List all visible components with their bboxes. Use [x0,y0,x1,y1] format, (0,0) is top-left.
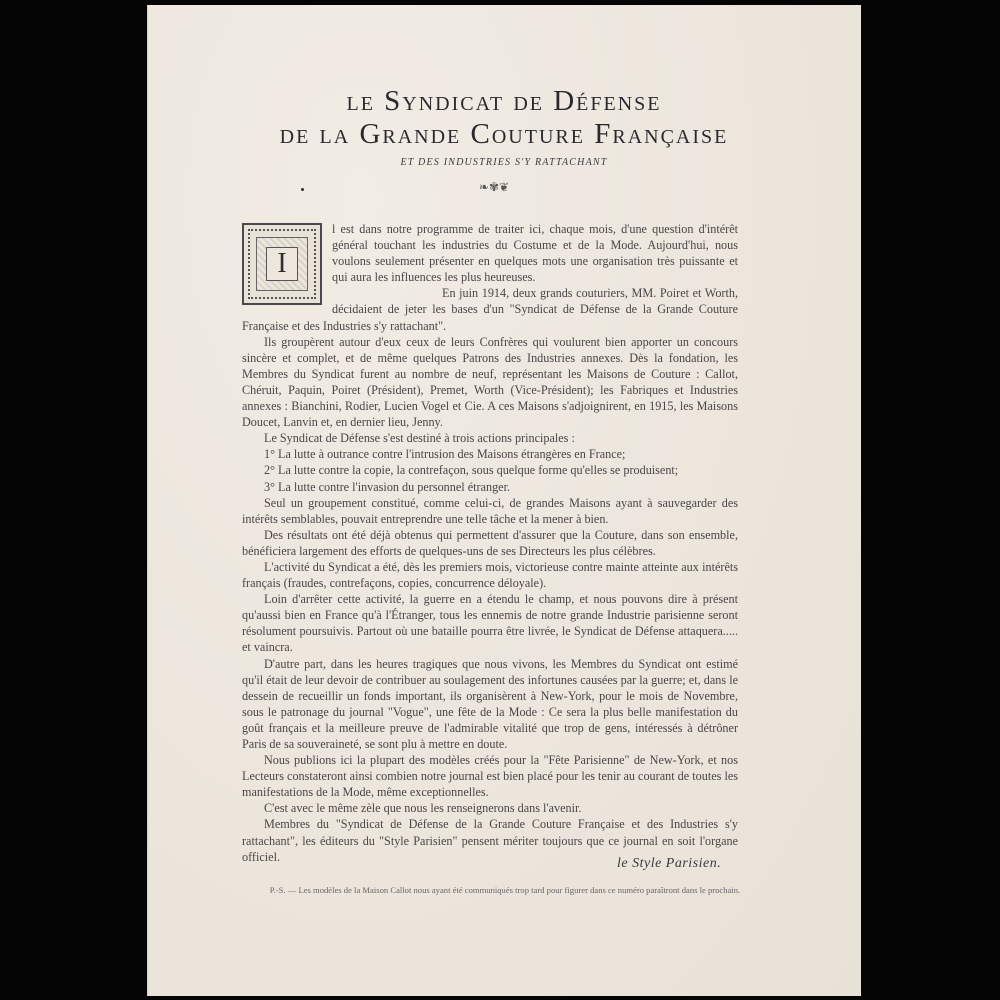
paragraph: Nous publions ici la plupart des modèles… [242,752,738,800]
dropcap-letter: I [266,247,298,281]
paragraph: D'autre part, dans les heures tragiques … [242,656,738,753]
ornamental-dropcap: I [242,223,322,305]
postscript: P.-S. — Les modèles de la Maison Callot … [257,884,753,897]
article-body: I l est dans notre programme de traiter … [242,221,738,865]
list-item: 2° La lutte contre la copie, la contrefa… [242,462,738,478]
paragraph: Ils groupèrent autour d'eux ceux de leur… [242,334,738,431]
signature: le Style Parisien. [617,856,721,872]
title-line-1: le Syndicat de Défense [147,85,861,118]
fleuron-ornament-icon: ❧✾❦ [471,180,517,196]
paragraph: L'activité du Syndicat a été, dès les pr… [242,559,738,591]
ink-speck [301,188,304,191]
list-item: 1° La lutte à outrance contre l'intrusio… [242,446,738,462]
paragraph: C'est avec le même zèle que nous les ren… [242,800,738,816]
subtitle: ET DES INDUSTRIES S'Y RATTACHANT [147,157,861,168]
paragraph: Des résultats ont été déjà obtenus qui p… [242,527,738,559]
paragraph: Le Syndicat de Défense s'est destiné à t… [242,430,738,446]
paragraph: Loin d'arrêter cette activité, la guerre… [242,591,738,655]
document-page: le Syndicat de Défense de la Grande Cout… [147,5,861,996]
paragraph: Seul un groupement constitué, comme celu… [242,495,738,527]
title-line-2: de la Grande Couture Française [147,118,861,151]
list-item: 3° La lutte contre l'invasion du personn… [242,479,738,495]
